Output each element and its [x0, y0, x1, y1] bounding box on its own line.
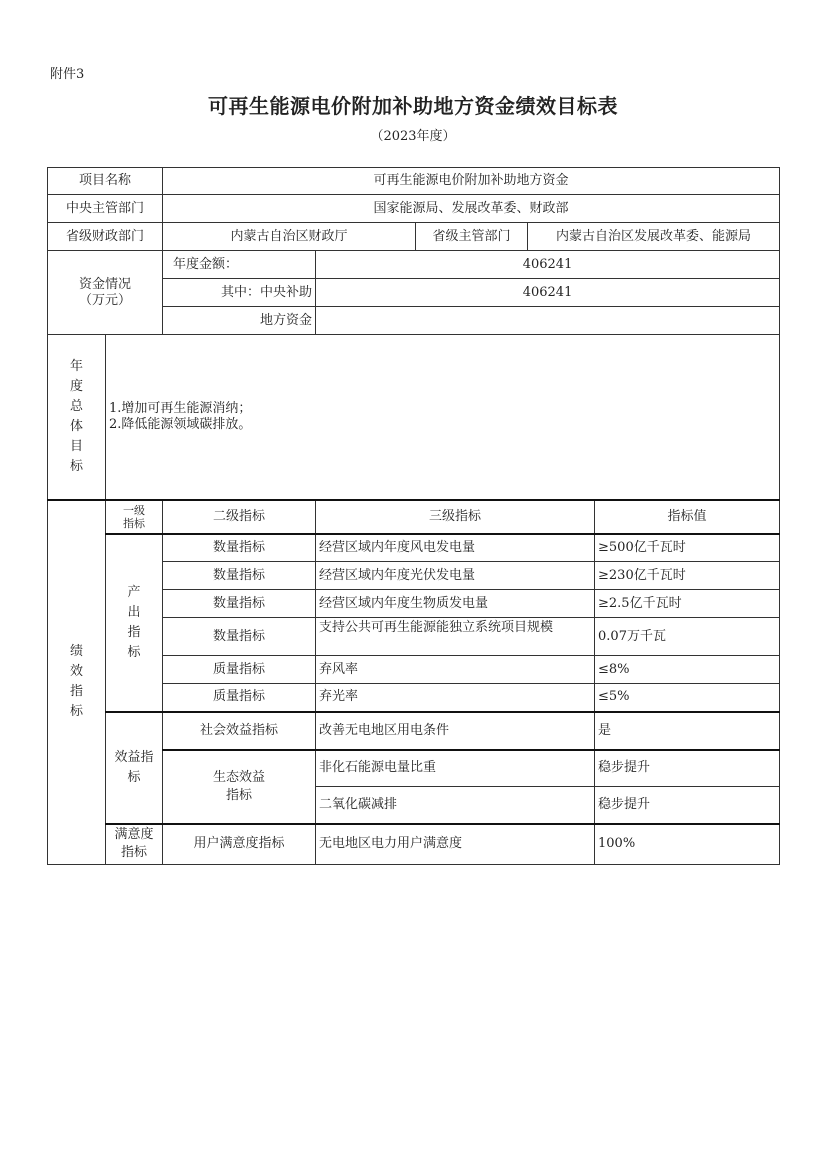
performance-indicators-label: 绩效指标 — [48, 500, 106, 865]
table-row: 资金情况 （万元） 年度金额： 406241 — [48, 251, 780, 279]
level2-cell-eco: 生态效益指标 — [163, 750, 316, 824]
level3-cell: 经营区域内年度光伏发电量 — [316, 562, 595, 590]
value-cell: 稳步提升 — [595, 787, 780, 824]
value-cell: 100% — [595, 824, 780, 865]
funds-label-line1: 资金情况 — [51, 277, 159, 293]
annual-goal-content: 1.增加可再生能源消纳； 2.降低能源领域碳排放。 — [106, 335, 780, 500]
performance-indicators-label-text: 绩效指标 — [70, 642, 84, 722]
benefit-indicators-label: 效益指标 — [106, 712, 163, 824]
col-level2-header: 二级指标 — [163, 500, 316, 534]
level3-cell: 无电地区电力用户满意度 — [316, 824, 595, 865]
annual-goal-label-text: 年度总体目标 — [70, 357, 84, 477]
col-level1-header: 一级指标 — [106, 500, 163, 534]
value-cell: ≤8% — [595, 656, 780, 684]
value-cell: 0.07万千瓦 — [595, 618, 780, 656]
output-indicators-text: 产出指标 — [127, 583, 141, 663]
table-row: 满意度指标 用户满意度指标 无电地区电力用户满意度 100% — [48, 824, 780, 865]
level2-cell: 质量指标 — [163, 684, 316, 712]
value-cell: 是 — [595, 712, 780, 750]
value-cell: ≥2.5亿千瓦时 — [595, 590, 780, 618]
annual-goal-label: 年度总体目标 — [48, 335, 106, 500]
central-dept-value: 国家能源局、发展改革委、财政部 — [163, 195, 780, 223]
benefit-indicators-text: 效益指标 — [112, 748, 156, 788]
level3-cell: 经营区域内年度生物质发电量 — [316, 590, 595, 618]
goal-line-2: 2.降低能源领域碳排放。 — [109, 417, 776, 433]
project-name-label: 项目名称 — [48, 168, 163, 195]
level2-cell: 数量指标 — [163, 534, 316, 562]
level3-cell: 改善无电地区用电条件 — [316, 712, 595, 750]
eco-benefit-text: 生态效益指标 — [209, 769, 269, 805]
level2-cell: 数量指标 — [163, 590, 316, 618]
level3-cell: 支持公共可再生能源能独立系统项目规模 — [316, 618, 595, 656]
table-row: 效益指标 社会效益指标 改善无电地区用电条件 是 — [48, 712, 780, 750]
satisfaction-indicators-label: 满意度指标 — [106, 824, 163, 865]
level2-cell: 数量指标 — [163, 618, 316, 656]
value-cell: ≥230亿千瓦时 — [595, 562, 780, 590]
level3-cell: 二氧化碳减排 — [316, 787, 595, 824]
col-value-header: 指标值 — [595, 500, 780, 534]
project-name-value: 可再生能源电价附加补助地方资金 — [163, 168, 780, 195]
prov-finance-value: 内蒙古自治区财政厅 — [163, 223, 416, 251]
table-row: 中央主管部门 国家能源局、发展改革委、财政部 — [48, 195, 780, 223]
prov-dept-label: 省级主管部门 — [416, 223, 528, 251]
central-dept-label: 中央主管部门 — [48, 195, 163, 223]
funds-label-line2: （万元） — [51, 293, 159, 309]
goal-line-1: 1.增加可再生能源消纳； — [109, 401, 776, 417]
output-indicators-label: 产出指标 — [106, 534, 163, 712]
satisfaction-indicators-text: 满意度指标 — [112, 826, 156, 862]
table-row: 项目名称 可再生能源电价附加补助地方资金 — [48, 168, 780, 195]
central-subsidy-label: 其中：中央补助 — [163, 279, 316, 307]
table-row: 绩效指标 一级指标 二级指标 三级指标 指标值 — [48, 500, 780, 534]
level3-cell: 弃风率 — [316, 656, 595, 684]
central-subsidy-value: 406241 — [316, 279, 780, 307]
annual-amount-label: 年度金额： — [163, 251, 316, 279]
funds-label: 资金情况 （万元） — [48, 251, 163, 335]
page-title: 可再生能源电价附加补助地方资金绩效目标表 — [0, 90, 826, 119]
level3-cell: 弃光率 — [316, 684, 595, 712]
prov-dept-value: 内蒙古自治区发展改革委、能源局 — [528, 223, 780, 251]
level3-cell: 经营区域内年度风电发电量 — [316, 534, 595, 562]
level3-cell: 非化石能源电量比重 — [316, 750, 595, 787]
col-level3-header: 三级指标 — [316, 500, 595, 534]
value-cell: ≤5% — [595, 684, 780, 712]
table-row: 产出指标 数量指标 经营区域内年度风电发电量 ≥500亿千瓦时 — [48, 534, 780, 562]
attachment-label: 附件3 — [50, 63, 84, 82]
page-subtitle: （2023年度） — [0, 125, 826, 144]
annual-amount-value: 406241 — [316, 251, 780, 279]
performance-target-table: 项目名称 可再生能源电价附加补助地方资金 中央主管部门 国家能源局、发展改革委、… — [47, 167, 780, 865]
table-row: 年度总体目标 1.增加可再生能源消纳； 2.降低能源领域碳排放。 — [48, 335, 780, 500]
prov-finance-label: 省级财政部门 — [48, 223, 163, 251]
local-funds-value — [316, 307, 780, 335]
local-funds-label: 地方资金 — [163, 307, 316, 335]
level2-cell: 用户满意度指标 — [163, 824, 316, 865]
value-cell: 稳步提升 — [595, 750, 780, 787]
value-cell: ≥500亿千瓦时 — [595, 534, 780, 562]
level2-cell: 社会效益指标 — [163, 712, 316, 750]
table-row: 省级财政部门 内蒙古自治区财政厅 省级主管部门 内蒙古自治区发展改革委、能源局 — [48, 223, 780, 251]
level2-cell: 质量指标 — [163, 656, 316, 684]
col-level1-text: 一级指标 — [121, 504, 147, 530]
level2-cell: 数量指标 — [163, 562, 316, 590]
